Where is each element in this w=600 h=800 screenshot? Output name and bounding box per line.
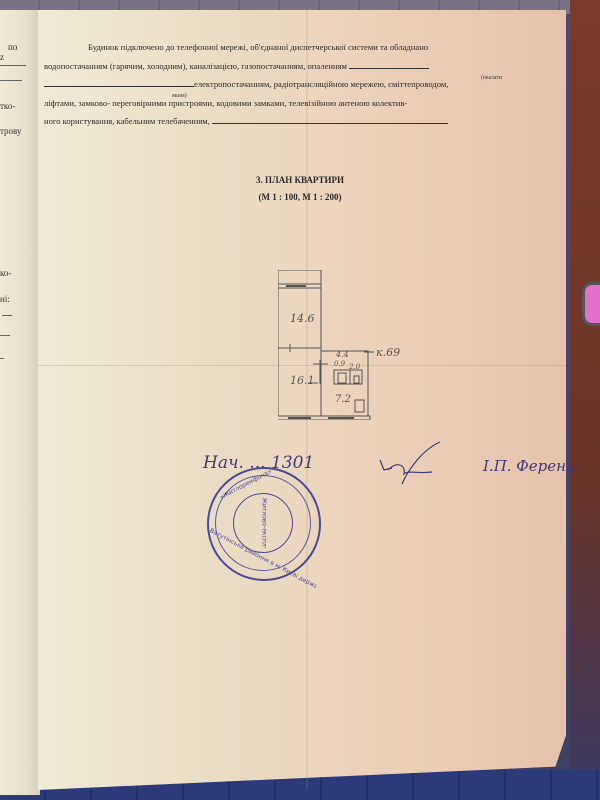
left-underline [0,358,4,359]
left-underline [0,335,10,336]
room-area-0-9: 0.9 [334,360,345,368]
room-area-16-1: 16.1 [290,374,315,387]
stamp-center-text: Житлово-експлуатаційна дільниця № [261,498,268,548]
left-fragment: трову [0,126,22,136]
para-line-2: водопостачанням (гарячим, холодним), кан… [44,57,534,76]
hint-which: яким) [172,93,187,99]
left-fragment: ко- [0,268,11,278]
para-line-4: ліфтами, замково- переговірними пристроя… [44,94,534,113]
floor-plan: 14.6 16.1 4.4 0.9 2.0 7.2 к.69 [278,270,398,420]
para-line-5: ного користування, кабельним телебачення… [44,112,534,131]
utilities-paragraph: Будинок підключено до телефонної мережі,… [44,38,534,131]
heating-type-blank-field [44,77,194,87]
room-area-4-4: 4.4 [336,350,349,359]
left-fragment: по [8,42,17,52]
section-title: 3. ПЛАН КВАРТИРИ [0,175,600,185]
room-area-14-6: 14.6 [290,312,315,325]
official-stamp: «Житлоремфонд» Ватутінське районне в м. … [207,467,321,581]
room-area-2-0: 2.0 [349,363,360,371]
heating-blank-field [349,59,429,69]
left-fragment: тко- [0,101,15,111]
signatory-name: І.П. Ференц [483,457,576,475]
section-scale: (М 1 : 100, М 1 : 200) [0,192,600,202]
left-fragment: ні: [0,294,10,304]
left-underline [0,80,22,81]
cable-tv-blank-field [212,114,448,124]
para-line-3: електропостачанням, радіотрансляційною м… [44,75,534,94]
left-underline [2,315,12,316]
left-underline [0,65,26,66]
apartment-number: к.69 [376,346,400,359]
para-line-1: Будинок підключено до телефонної мережі,… [44,38,534,57]
hint-specify: (вказати [481,75,502,81]
left-fragment: z [0,52,4,62]
signature-icon [378,440,448,488]
room-area-7-2: 7.2 [335,394,351,405]
left-page-edge: по z тко- трову ко- ні: [0,10,40,795]
background-table-right [570,0,600,800]
pink-object [582,282,600,326]
